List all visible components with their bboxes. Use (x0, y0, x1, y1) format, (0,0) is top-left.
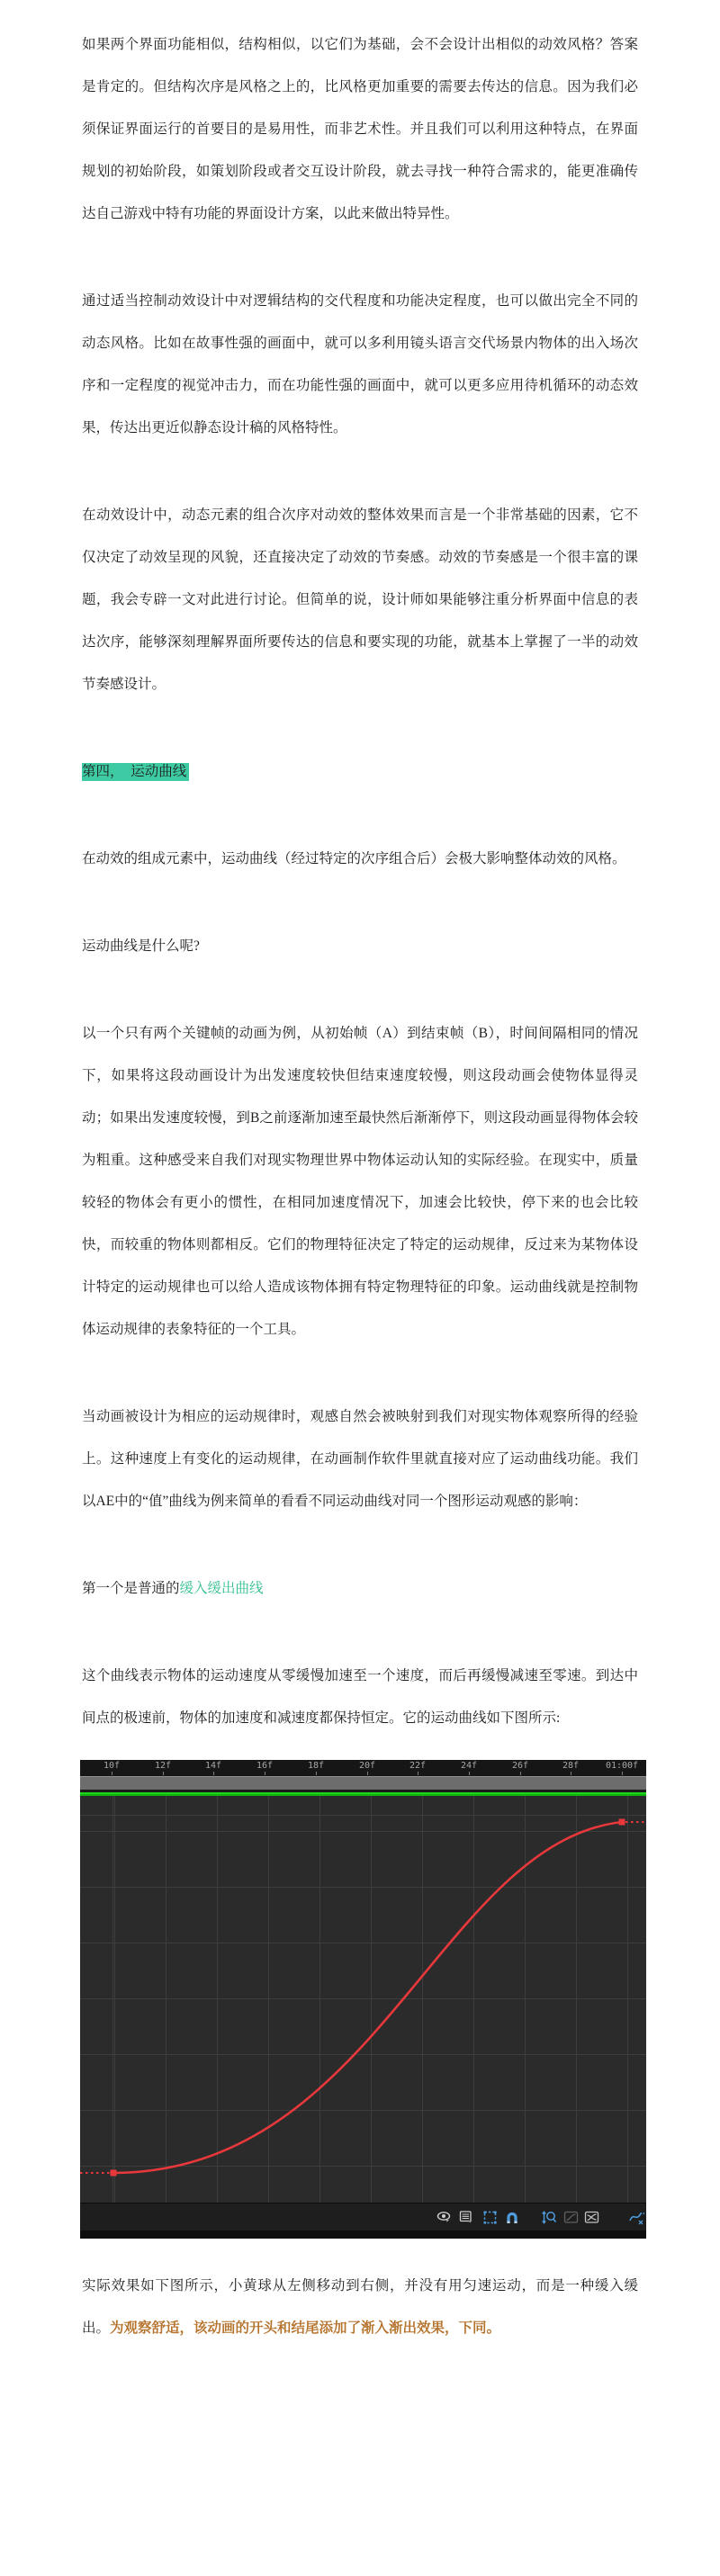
note-emphasis-text: 为观察舒适，该动画的开头和结尾添加了渐入渐出效果，下同。 (110, 2320, 500, 2336)
paragraph: 当动画被设计为相应的运动规律时，观感自然会被映射到我们对现实物体观察所得的经验上… (82, 1396, 638, 1522)
paragraph: 以一个只有两个关键帧的动画为例，从初始帧（A）到结束帧（B），时间间隔相同的情况… (82, 1012, 638, 1351)
work-area-bar (80, 1776, 646, 1790)
ruler-tick-label: 10f (103, 1761, 120, 1771)
fit-selection-icon (563, 2210, 580, 2225)
result-paragraph: 实际效果如下图所示，小黄球从左侧移动到右侧，并没有用匀速运动，而是一种缓入缓出。… (82, 2265, 638, 2349)
graph-editor-toolbar (80, 2203, 646, 2230)
section-heading: 第四， 运动曲线 (82, 750, 638, 793)
question-line: 运动曲线是什么呢? (82, 925, 638, 967)
value-graph-area (80, 1796, 646, 2203)
ease-in-out-link[interactable]: 缓入缓出曲线 (180, 1581, 264, 1596)
auto-zoom-height-icon (541, 2210, 557, 2225)
paragraph: 如果两个界面功能相似，结构相似，以它们为基础，会不会设计出相似的动效风格？答案是… (82, 23, 638, 235)
property-filter-icon (459, 2210, 475, 2225)
paragraph: 在动效的组成元素中，运动曲线（经过特定的次序组合后）会极大影响整体动效的风格。 (82, 838, 638, 880)
paragraph: 这个曲线表示物体的运动速度从零缓慢加速至一个速度，而后再缓慢减速至零速。到达中间… (82, 1655, 638, 1739)
ruler-tick-label: 14f (205, 1761, 221, 1771)
ruler-tick-label: 12f (155, 1761, 171, 1771)
curve-intro-line: 第一个是普通的缓入缓出曲线 (82, 1567, 638, 1610)
screenshot-bottom-strip (80, 2230, 646, 2239)
ruler-tick-label: 24f (461, 1761, 477, 1771)
ruler-tick-label: 01:00f (606, 1761, 638, 1771)
intro-text: 第一个是普通的 (82, 1581, 180, 1596)
ruler-tick-label: 28f (562, 1761, 579, 1771)
graph-type-options-icon (629, 2210, 645, 2225)
paragraph: 在动效设计中，动态元素的组合次序对动效的整体效果而言是一个非常基础的因素，它不仅… (82, 494, 638, 705)
fit-all-graphs-icon (584, 2210, 600, 2225)
start-keyframe-dot (111, 2170, 117, 2177)
ruler-tick-label: 26f (512, 1761, 528, 1771)
ease-in-out-curve (113, 1822, 622, 2173)
transform-box-icon (482, 2210, 499, 2225)
ae-graph-editor-screenshot: 10f 12f 14f 16f 18f 20f 22f 24f 26f 28f … (80, 1760, 646, 2239)
article-body: 如果两个界面功能相似，结构相似，以它们为基础，会不会设计出相似的动效风格？答案是… (0, 0, 720, 2349)
timeline-ruler: 10f 12f 14f 16f 18f 20f 22f 24f 26f 28f … (80, 1760, 646, 1776)
ruler-tick-label: 20f (359, 1761, 375, 1771)
eye-icon (436, 2210, 453, 2225)
end-keyframe-dot (619, 1819, 625, 1826)
ruler-tick-label: 18f (308, 1761, 324, 1771)
paragraph: 通过适当控制动效设计中对逻辑结构的交代程度和功能决定程度，也可以做出完全不同的动… (82, 280, 638, 449)
highlighted-heading-text: 第四， 运动曲线 (82, 763, 189, 781)
ease-curve-svg (80, 1796, 646, 2203)
snap-magnet-icon (504, 2210, 520, 2225)
ruler-tick-label: 22f (409, 1761, 426, 1771)
ruler-tick-label: 16f (256, 1761, 273, 1771)
